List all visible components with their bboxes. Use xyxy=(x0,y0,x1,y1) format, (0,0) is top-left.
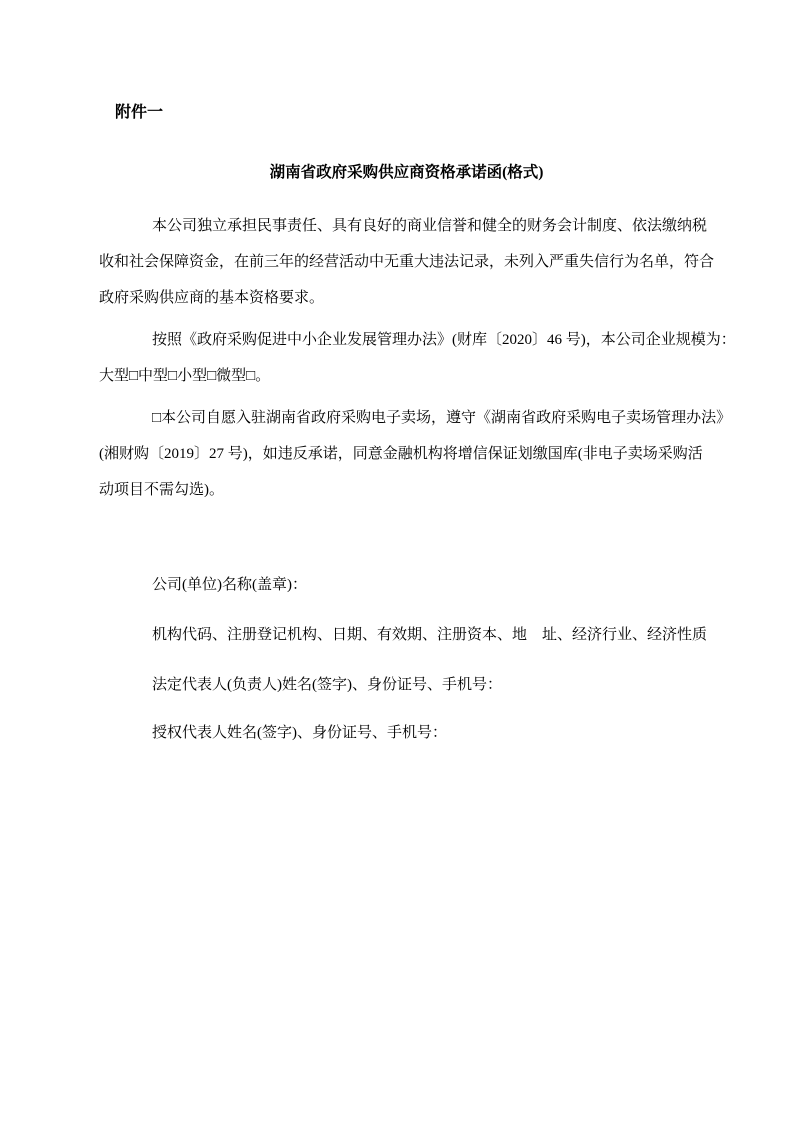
document-title: 湖南省政府采购供应商资格承诺函(格式) xyxy=(0,160,793,182)
paragraph-emall-commitment: □本公司自愿入驻湖南省政府采购电子卖场，遵守《湖南省政府采购电子卖场管理办法》 … xyxy=(99,400,779,508)
text-line: 本公司独立承担民事责任、具有良好的商业信誉和健全的财务会计制度、依法缴纳税 xyxy=(99,208,779,244)
text-line-commitment-checkbox: □本公司自愿入驻湖南省政府采购电子卖场，遵守《湖南省政府采购电子卖场管理办法》 xyxy=(99,400,779,436)
paragraph-basic-qualification: 本公司独立承担民事责任、具有良好的商业信誉和健全的财务会计制度、依法缴纳税 收和… xyxy=(99,208,779,316)
text-line: 按照《政府采购促进中小企业发展管理办法》(财库〔2020〕46 号)，本公司企业… xyxy=(99,322,779,358)
line-company-name-seal: 公司(单位)名称(盖章)： xyxy=(152,567,307,603)
line-authorized-representative: 授权代表人姓名(签字)、身份证号、手机号： xyxy=(152,715,447,751)
text-line: 动项目不需勾选)。 xyxy=(99,472,779,508)
text-line: 政府采购供应商的基本资格要求。 xyxy=(99,280,779,316)
paragraph-enterprise-scale: 按照《政府采购促进中小企业发展管理办法》(财库〔2020〕46 号)，本公司企业… xyxy=(99,322,779,394)
attachment-label: 附件一 xyxy=(115,99,163,122)
document-page: 附件一 湖南省政府采购供应商资格承诺函(格式) 本公司独立承担民事责任、具有良好… xyxy=(0,0,793,1122)
text-line: 收和社会保障资金，在前三年的经营活动中无重大违法记录，未列入严重失信行为名单，符… xyxy=(99,244,779,280)
line-legal-representative: 法定代表人(负责人)姓名(签字)、身份证号、手机号： xyxy=(152,667,502,703)
text-line: (湘财购〔2019〕27 号)，如违反承诺，同意金融机构将增信保证划缴国库(非电… xyxy=(99,436,779,472)
text-line-scale-checkboxes: 大型□中型□小型□微型□。 xyxy=(99,358,779,394)
line-org-registration-info: 机构代码、注册登记机构、日期、有效期、注册资本、地 址、经济行业、经济性质 xyxy=(152,617,707,653)
